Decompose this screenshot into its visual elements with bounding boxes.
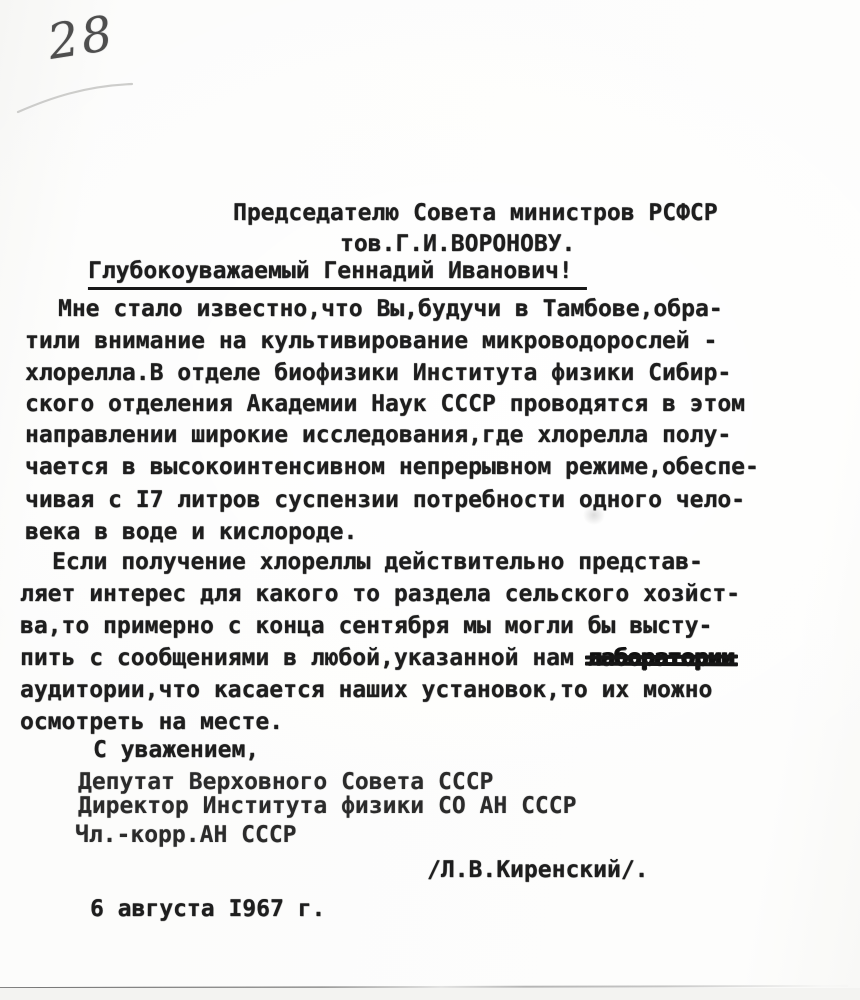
body-line: аудитории,что касается наших установок,т… xyxy=(20,677,712,703)
addressee-line-1: Председателю Совета министров РСФСР xyxy=(233,200,718,226)
strike-line-prefix: пить с сообщениями в любой,указанной нам xyxy=(20,645,588,671)
addressee-line-2: тов.Г.И.ВОРОНОВУ. xyxy=(340,231,575,257)
body-line: века в воде и кислороде. xyxy=(25,519,357,545)
body-line: осмотреть на месте. xyxy=(20,709,283,735)
strikethrough-word: лаборатории xyxy=(588,645,735,671)
body-line: тили внимание на культивирование микрово… xyxy=(25,328,717,354)
scanned-letter-page: 28 Председателю Совета министров РСФСР т… xyxy=(0,0,860,1000)
body-line: хлорелла.В отделе биофизики Института фи… xyxy=(25,360,731,386)
salutation-text: Глубокоуважаемый Геннадий Иванович! xyxy=(88,258,587,290)
body-line: направлении широкие исследования,где хло… xyxy=(25,422,731,448)
signature-role-line: Чл.-корр.АН СССР xyxy=(75,822,297,848)
body-line: чивая с I7 литров суспензии потребности … xyxy=(25,487,745,513)
scan-smudge xyxy=(583,505,605,525)
body-line: ского отделения Академии Наук СССР прово… xyxy=(25,391,745,417)
body-line: Мне стало известно,что Вы,будучи в Тамбо… xyxy=(58,296,723,322)
body-line: Если получение хлореллы действительно пр… xyxy=(52,549,703,575)
signature-name: /Л.В.Киренский/. xyxy=(427,857,649,883)
salutation-line: Глубокоуважаемый Геннадий Иванович! xyxy=(88,258,587,290)
body-line: чается в высокоинтенсивном непрерывном р… xyxy=(25,454,759,480)
closing-line: С уважением, xyxy=(93,737,259,763)
date-line: 6 августа I967 г. xyxy=(90,896,325,922)
body-line: ляет интерес для какого то раздела сельс… xyxy=(20,581,740,607)
signature-role-line: Директор Института физики СО АН СССР xyxy=(78,793,577,819)
signature-role-line: Депутат Верховного Совета СССР xyxy=(78,769,494,795)
handwritten-page-number: 28 xyxy=(44,5,119,71)
scanner-background-strip xyxy=(0,988,860,1000)
body-line-with-strikeout: пить с сообщениями в любой,указанной нам… xyxy=(20,645,735,671)
body-line: ва,то примерно с конца сентября мы могли… xyxy=(20,613,712,639)
